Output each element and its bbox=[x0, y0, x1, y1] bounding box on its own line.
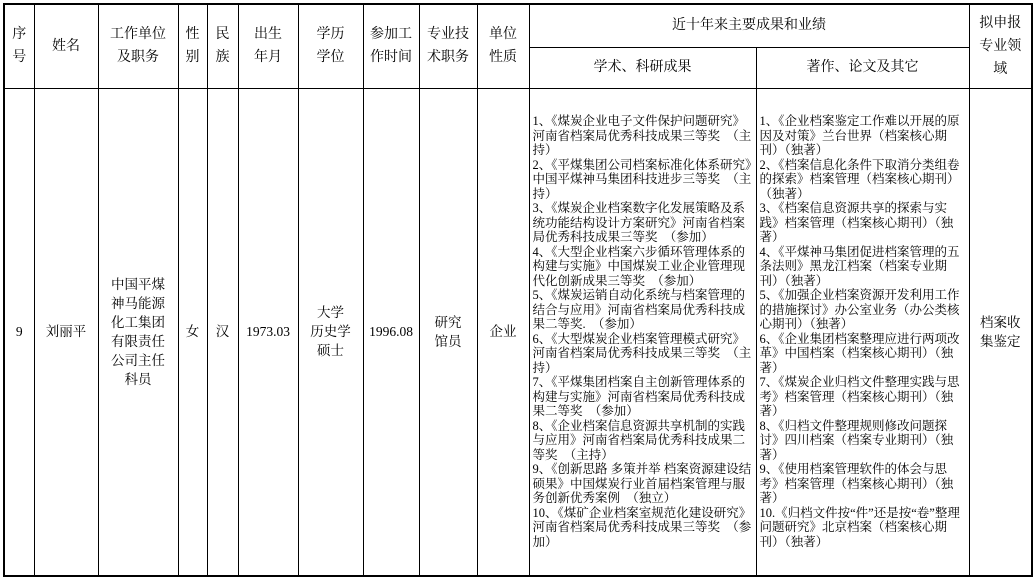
cell-work-unit: 中国平煤 神马能源 化工集团 有限责任 公司主任 科员 bbox=[98, 88, 178, 576]
cell-gender: 女 bbox=[178, 88, 207, 576]
cell-unit-type: 企业 bbox=[477, 88, 529, 576]
col-header-work-unit: 工作单位 及职务 bbox=[98, 4, 178, 88]
candidate-table: 序 号 姓名 工作单位 及职务 性 别 民 族 出生 年月 学历 学位 参加工 … bbox=[3, 3, 1033, 577]
cell-academic-achievements: 1、《煤炭企业电子文件保护问题研究》河南省档案局优秀科技成果三等奖 （主持）2、… bbox=[529, 88, 756, 576]
col-header-field: 拟申报 专业领 域 bbox=[969, 4, 1032, 88]
col-header-achievements-group: 近十年来主要成果和业绩 bbox=[529, 4, 969, 47]
cell-name: 刘丽平 bbox=[34, 88, 98, 576]
col-header-unit-type: 单位 性质 bbox=[477, 4, 529, 88]
col-header-name: 姓名 bbox=[34, 4, 98, 88]
cell-serial: 9 bbox=[4, 88, 34, 576]
cell-birth: 1973.03 bbox=[238, 88, 298, 576]
col-header-gender: 性 别 bbox=[178, 4, 207, 88]
col-header-education: 学历 学位 bbox=[298, 4, 363, 88]
cell-tech-title: 研究 馆员 bbox=[419, 88, 477, 576]
col-header-tech-title: 专业技 术职务 bbox=[419, 4, 477, 88]
col-header-ethnicity: 民 族 bbox=[207, 4, 238, 88]
table-row: 9 刘丽平 中国平煤 神马能源 化工集团 有限责任 公司主任 科员 女 汉 19… bbox=[4, 88, 1032, 576]
cell-field: 档案收 集鉴定 bbox=[969, 88, 1032, 576]
col-header-birth: 出生 年月 bbox=[238, 4, 298, 88]
cell-education: 大学 历史学 硕士 bbox=[298, 88, 363, 576]
cell-ethnicity: 汉 bbox=[207, 88, 238, 576]
publications-list: 1、《企业档案鉴定工作难以开展的原因及对策》兰台世界（档案核心期刊）（独著）2、… bbox=[760, 114, 966, 549]
col-header-work-start: 参加工 作时间 bbox=[363, 4, 419, 88]
cell-publications: 1、《企业档案鉴定工作难以开展的原因及对策》兰台世界（档案核心期刊）（独著）2、… bbox=[756, 88, 969, 576]
cell-work-start: 1996.08 bbox=[363, 88, 419, 576]
academic-achievements-list: 1、《煤炭企业电子文件保护问题研究》河南省档案局优秀科技成果三等奖 （主持）2、… bbox=[533, 114, 753, 549]
col-header-serial: 序 号 bbox=[4, 4, 34, 88]
page: 序 号 姓名 工作单位 及职务 性 别 民 族 出生 年月 学历 学位 参加工 … bbox=[0, 3, 1034, 578]
col-header-academic: 学术、科研成果 bbox=[529, 47, 756, 88]
col-header-publications: 著作、论文及其它 bbox=[756, 47, 969, 88]
